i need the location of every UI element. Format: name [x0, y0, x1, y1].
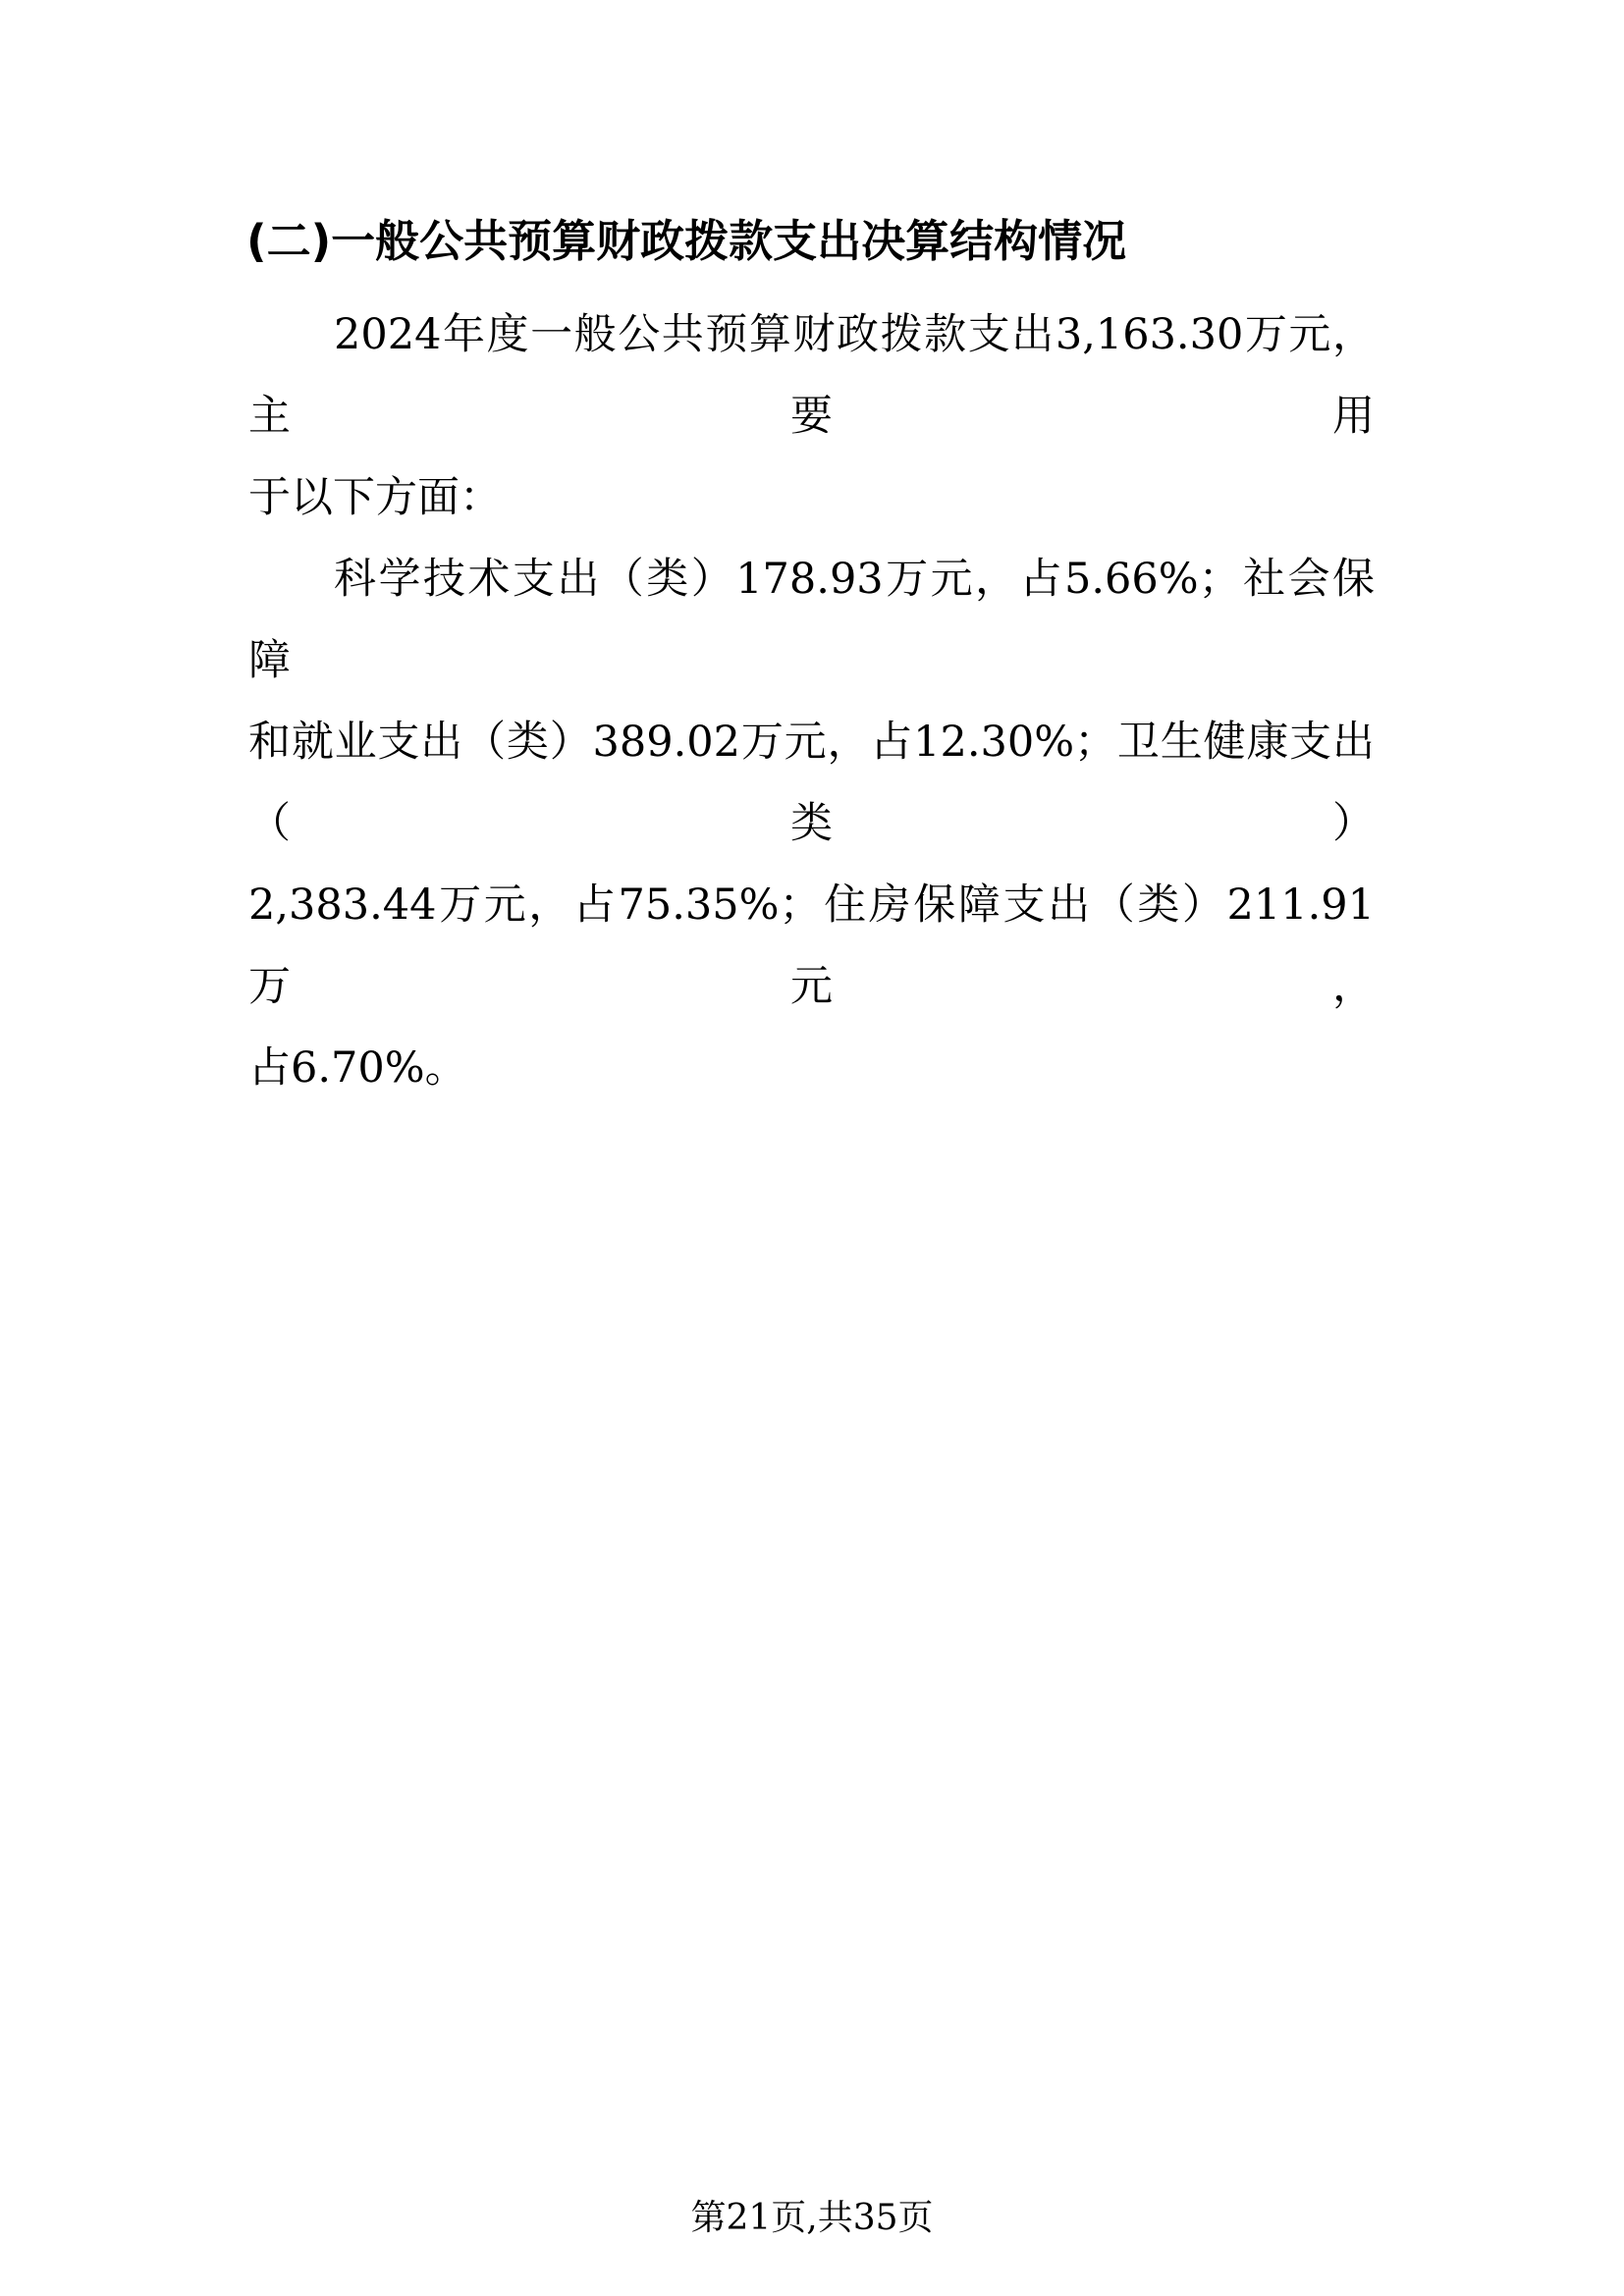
paragraph-block: 2024年度一般公共预算财政拨款支出3,163.30万元，主要用 于以下方面： … — [248, 294, 1375, 1109]
paragraph-line: 2,383.44万元，占75.35%；住房保障支出（类）211.91万元， — [248, 865, 1375, 1028]
paragraph-line: 于以下方面： — [248, 457, 1375, 539]
document-page: (二)一般公共预算财政拨款支出决算结构情况 2024年度一般公共预算财政拨款支出… — [0, 0, 1624, 2296]
paragraph-line: 2024年度一般公共预算财政拨款支出3,163.30万元，主要用 — [248, 294, 1375, 457]
paragraph-line: 科学技术支出（类）178.93万元，占5.66%；社会保障 — [248, 539, 1375, 702]
paragraph-line: 和就业支出（类）389.02万元，占12.30%；卫生健康支出（类） — [248, 702, 1375, 865]
paragraph-line: 占6.70%。 — [248, 1028, 1375, 1109]
page-number: 第21页,共35页 — [0, 2195, 1624, 2242]
section-heading: (二)一般公共预算财政拨款支出决算结构情况 — [246, 211, 1376, 272]
